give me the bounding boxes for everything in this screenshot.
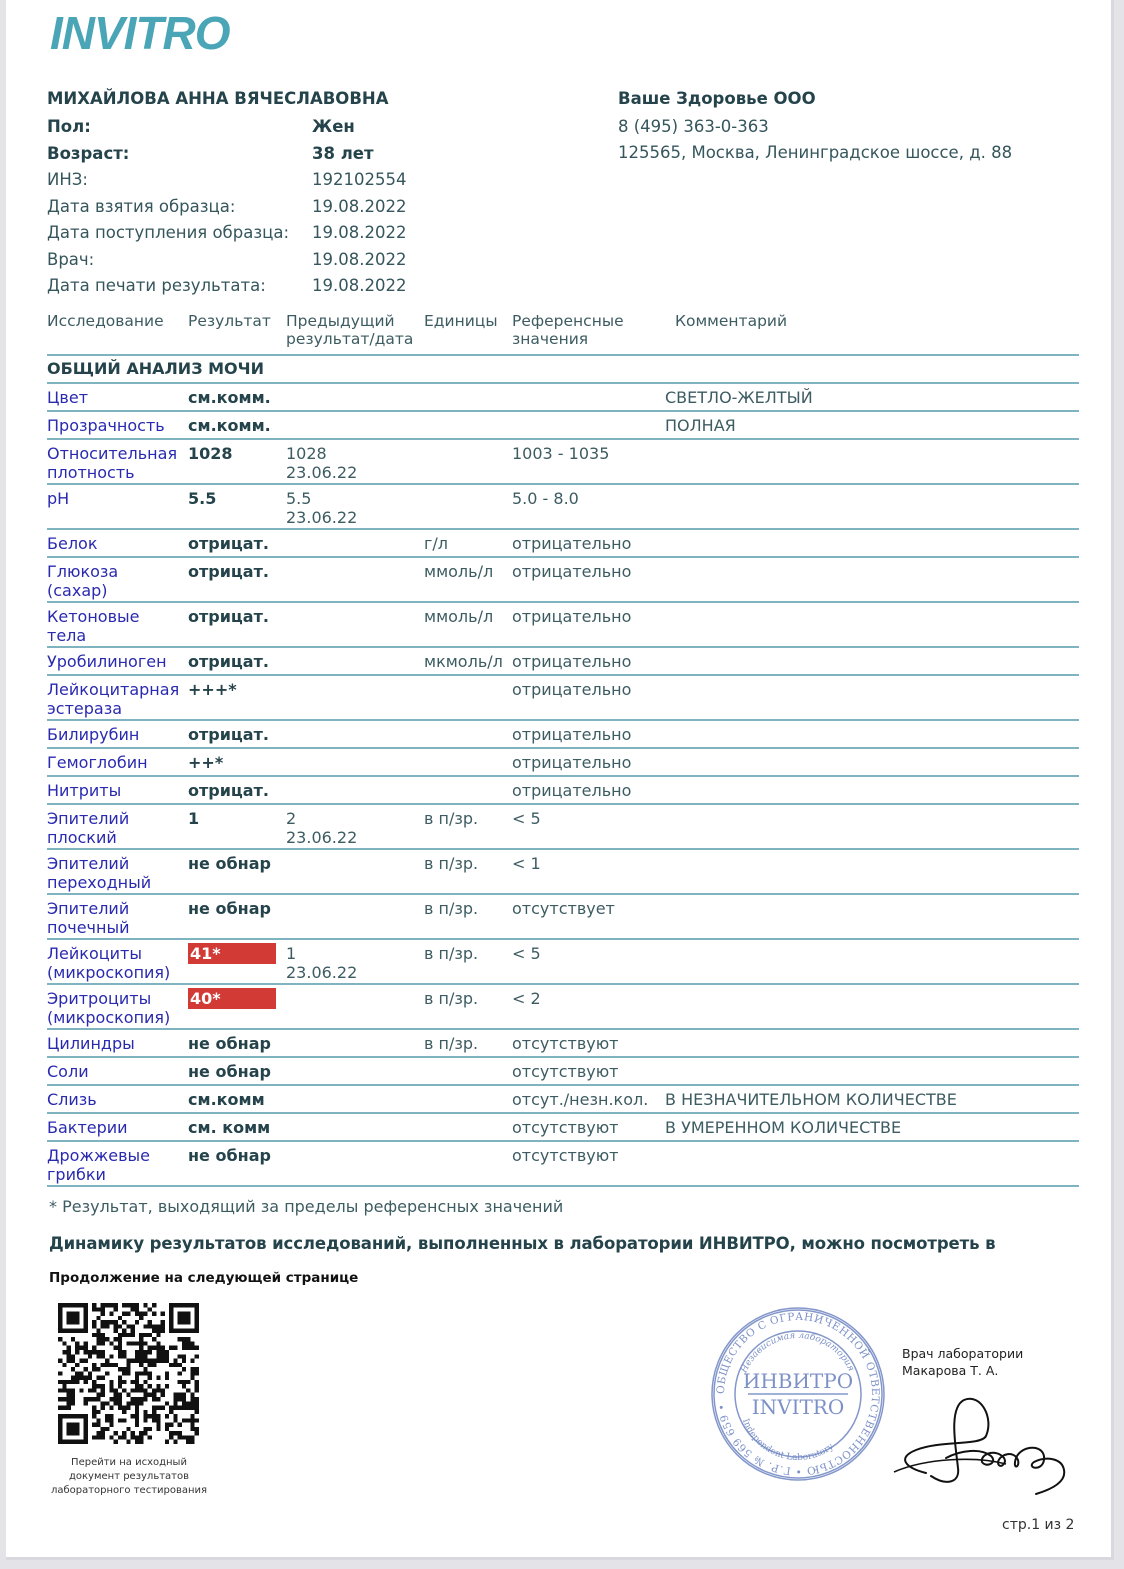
test-name: Соли bbox=[47, 1062, 188, 1084]
previous-result bbox=[286, 680, 424, 719]
comment bbox=[665, 781, 1079, 803]
units: в п/зр. bbox=[424, 854, 512, 893]
test-name: Белок bbox=[47, 534, 188, 556]
test-name: Эпителий переходный bbox=[47, 854, 188, 893]
result-cell: +++* bbox=[188, 680, 286, 719]
reference-range: отрицательно bbox=[512, 753, 665, 775]
table-row: Гемоглобин++*отрицательно bbox=[47, 749, 1079, 777]
previous-result: 1028 23.06.22 bbox=[286, 444, 424, 483]
previous-result: 2 23.06.22 bbox=[286, 809, 424, 848]
table-row: Прозрачностьсм.комм.ПОЛНАЯ bbox=[47, 412, 1079, 440]
result-value: 5.5 bbox=[188, 489, 216, 508]
comment bbox=[665, 989, 1079, 1028]
previous-result bbox=[286, 854, 424, 893]
test-name: Билирубин bbox=[47, 725, 188, 747]
dynamics-note: Динамику результатов исследований, выпол… bbox=[49, 1234, 995, 1253]
result-cell: см. комм bbox=[188, 1118, 286, 1140]
patient-field: Врач:19.08.2022 bbox=[47, 247, 406, 274]
previous-result bbox=[286, 725, 424, 747]
field-label: Дата поступления образца: bbox=[47, 220, 312, 247]
field-value: 19.08.2022 bbox=[312, 273, 406, 300]
units bbox=[424, 1090, 512, 1112]
reference-range: 1003 - 1035 bbox=[512, 444, 665, 483]
invitro-logo: INVITRO bbox=[50, 6, 230, 60]
previous-result bbox=[286, 1034, 424, 1056]
units bbox=[424, 725, 512, 747]
stamp-ru: ИНВИТРО bbox=[743, 1369, 853, 1393]
comment bbox=[665, 809, 1079, 848]
table-header: ИсследованиеРезультатПредыдущий результа… bbox=[47, 312, 1079, 356]
out-of-range-badge: 40* bbox=[188, 988, 276, 1009]
result-value: отрицат. bbox=[188, 725, 269, 744]
previous-result bbox=[286, 416, 424, 438]
result-value: не обнар bbox=[188, 1146, 271, 1165]
result-cell: 5.5 bbox=[188, 489, 286, 528]
column-header: Предыдущий результат/дата bbox=[286, 312, 424, 354]
comment bbox=[665, 1146, 1079, 1185]
stamp-en: INVITRO bbox=[752, 1395, 845, 1419]
table-row: Лейкоцитарная эстераза+++*отрицательно bbox=[47, 676, 1079, 721]
table-row: Цветсм.комм.СВЕТЛО-ЖЕЛТЫЙ bbox=[47, 384, 1079, 412]
field-label: Возраст: bbox=[47, 141, 312, 168]
reference-range: отрицательно bbox=[512, 725, 665, 747]
result-cell: 1028 bbox=[188, 444, 286, 483]
patient-fields: Пол:ЖенВозраст:38 летИНЗ:192102554Дата в… bbox=[47, 114, 406, 300]
reference-range: отрицательно bbox=[512, 534, 665, 556]
result-value: см.комм. bbox=[188, 388, 271, 407]
comment: В УМЕРЕННОМ КОЛИЧЕСТВЕ bbox=[665, 1118, 1079, 1140]
patient-field: Возраст:38 лет bbox=[47, 141, 406, 168]
result-cell: ++* bbox=[188, 753, 286, 775]
field-label: Дата взятия образца: bbox=[47, 194, 312, 221]
test-name: Слизь bbox=[47, 1090, 188, 1112]
reference-range: 5.0 - 8.0 bbox=[512, 489, 665, 528]
previous-result bbox=[286, 388, 424, 410]
result-value: отрицат. bbox=[188, 534, 269, 553]
footnote: * Результат, выходящий за пределы рефере… bbox=[49, 1197, 563, 1216]
result-value: не обнар bbox=[188, 1034, 271, 1053]
lab-name: Ваше Здоровье ООО bbox=[618, 88, 1012, 114]
units: мкмоль/л bbox=[424, 652, 512, 674]
result-cell: 1 bbox=[188, 809, 286, 848]
doctor-name: Макарова Т. А. bbox=[902, 1362, 1023, 1379]
field-value: 38 лет bbox=[312, 141, 374, 168]
comment: СВЕТЛО-ЖЕЛТЫЙ bbox=[665, 388, 1079, 410]
result-value: отрицат. bbox=[188, 562, 269, 581]
patient-field: Дата взятия образца:19.08.2022 bbox=[47, 194, 406, 221]
units bbox=[424, 416, 512, 438]
result-value: +++* bbox=[188, 680, 237, 699]
units bbox=[424, 1146, 512, 1185]
lab-report-page: INVITRO МИХАЙЛОВА АННА ВЯЧЕСЛАВОВНА Пол:… bbox=[6, 0, 1114, 1560]
units: в п/зр. bbox=[424, 944, 512, 983]
previous-result bbox=[286, 753, 424, 775]
units: в п/зр. bbox=[424, 809, 512, 848]
test-name: Относительная плотность bbox=[47, 444, 188, 483]
result-cell: не обнар bbox=[188, 854, 286, 893]
result-cell: см.комм bbox=[188, 1090, 286, 1112]
reference-range: отсут./незн.кол. bbox=[512, 1090, 665, 1112]
units: ммоль/л bbox=[424, 562, 512, 601]
field-value: Жен bbox=[312, 114, 355, 141]
patient-name: МИХАЙЛОВА АННА ВЯЧЕСЛАВОВНА bbox=[47, 88, 406, 114]
test-name: Лейкоциты (микроскопия) bbox=[47, 944, 188, 983]
continuation-note: Продолжение на следующей странице bbox=[49, 1270, 358, 1286]
previous-result: 5.5 23.06.22 bbox=[286, 489, 424, 528]
previous-result: 1 23.06.22 bbox=[286, 944, 424, 983]
result-value: см. комм bbox=[188, 1118, 270, 1137]
reference-range: отрицательно bbox=[512, 781, 665, 803]
reference-range: < 2 bbox=[512, 989, 665, 1028]
column-header: Референсные значения bbox=[512, 312, 665, 354]
test-name: Бактерии bbox=[47, 1118, 188, 1140]
patient-field: Дата печати результата:19.08.2022 bbox=[47, 273, 406, 300]
reference-range bbox=[512, 416, 665, 438]
units: в п/зр. bbox=[424, 1034, 512, 1056]
test-name: Лейкоцитарная эстераза bbox=[47, 680, 188, 719]
qr-code[interactable] bbox=[58, 1303, 199, 1444]
reference-range: отсутствует bbox=[512, 899, 665, 938]
units bbox=[424, 1118, 512, 1140]
result-cell: отрицат. bbox=[188, 725, 286, 747]
result-cell: отрицат. bbox=[188, 781, 286, 803]
result-value: 1 bbox=[188, 809, 199, 828]
field-value: 19.08.2022 bbox=[312, 247, 406, 274]
qr-caption: Перейти на исходный документ результатов… bbox=[44, 1456, 214, 1498]
test-name: Цилиндры bbox=[47, 1034, 188, 1056]
comment: В НЕЗНАЧИТЕЛЬНОМ КОЛИЧЕСТВЕ bbox=[665, 1090, 1079, 1112]
units: ммоль/л bbox=[424, 607, 512, 646]
comment bbox=[665, 854, 1079, 893]
result-value: отрицат. bbox=[188, 652, 269, 671]
column-header: Исследование bbox=[47, 312, 188, 354]
test-name: Кетоновые тела bbox=[47, 607, 188, 646]
out-of-range-badge: 41* bbox=[188, 943, 276, 964]
patient-info: МИХАЙЛОВА АННА ВЯЧЕСЛАВОВНА Пол:ЖенВозра… bbox=[47, 88, 406, 300]
previous-result bbox=[286, 989, 424, 1028]
test-name: Глюкоза (сахар) bbox=[47, 562, 188, 601]
lab-stamp-icon: ОБЩЕСТВО С ОГРАНИЧЕННОЙ ОТВЕТСТВЕННОСТЬЮ… bbox=[710, 1306, 886, 1482]
comment bbox=[665, 944, 1079, 983]
field-value: 192102554 bbox=[312, 167, 406, 194]
result-cell: отрицат. bbox=[188, 562, 286, 601]
page-number: стр.1 из 2 bbox=[1002, 1517, 1074, 1533]
table-row: Лейкоциты (микроскопия)41*1 23.06.22в п/… bbox=[47, 940, 1079, 985]
units bbox=[424, 444, 512, 483]
results-table: ИсследованиеРезультатПредыдущий результа… bbox=[47, 312, 1079, 1187]
result-value: см.комм bbox=[188, 1090, 265, 1109]
comment bbox=[665, 607, 1079, 646]
field-label: Врач: bbox=[47, 247, 312, 274]
table-row: Кетоновые телаотрицат.ммоль/лотрицательн… bbox=[47, 603, 1079, 648]
patient-field: Пол:Жен bbox=[47, 114, 406, 141]
reference-range: < 5 bbox=[512, 944, 665, 983]
reference-range: отрицательно bbox=[512, 562, 665, 601]
test-name: Нитриты bbox=[47, 781, 188, 803]
reference-range: отрицательно bbox=[512, 652, 665, 674]
result-cell: не обнар bbox=[188, 1146, 286, 1185]
table-row: Глюкоза (сахар)отрицат.ммоль/лотрицатель… bbox=[47, 558, 1079, 603]
comment bbox=[665, 489, 1079, 528]
lab-info: Ваше Здоровье ООО 8 (495) 363-0-363 1255… bbox=[618, 88, 1012, 166]
lab-phone: 8 (495) 363-0-363 bbox=[618, 114, 1012, 140]
column-header: Результат bbox=[188, 312, 286, 354]
result-cell: отрицат. bbox=[188, 607, 286, 646]
column-header: Единицы bbox=[424, 312, 512, 354]
reference-range: отсутствуют bbox=[512, 1118, 665, 1140]
comment bbox=[665, 444, 1079, 483]
comment bbox=[665, 534, 1079, 556]
field-label: Пол: bbox=[47, 114, 312, 141]
table-row: Уробилиногенотрицат.мкмоль/лотрицательно bbox=[47, 648, 1079, 676]
result-value: не обнар bbox=[188, 899, 271, 918]
test-name: Цвет bbox=[47, 388, 188, 410]
signature-icon bbox=[886, 1388, 1076, 1498]
comment bbox=[665, 1034, 1079, 1056]
comment bbox=[665, 899, 1079, 938]
comment bbox=[665, 652, 1079, 674]
patient-field: Дата поступления образца:19.08.2022 bbox=[47, 220, 406, 247]
units: в п/зр. bbox=[424, 989, 512, 1028]
reference-range: отсутствуют bbox=[512, 1062, 665, 1084]
field-value: 19.08.2022 bbox=[312, 220, 406, 247]
test-name: Гемоглобин bbox=[47, 753, 188, 775]
table-row: Белокотрицат.г/лотрицательно bbox=[47, 530, 1079, 558]
units: г/л bbox=[424, 534, 512, 556]
previous-result bbox=[286, 1118, 424, 1140]
table-row: Нитритыотрицат.отрицательно bbox=[47, 777, 1079, 805]
previous-result bbox=[286, 652, 424, 674]
result-value: отрицат. bbox=[188, 781, 269, 800]
result-cell: отрицат. bbox=[188, 652, 286, 674]
doctor-title: Врач лаборатории bbox=[902, 1345, 1023, 1362]
reference-range: отсутствуют bbox=[512, 1146, 665, 1185]
test-name: Прозрачность bbox=[47, 416, 188, 438]
result-value: отрицат. bbox=[188, 607, 269, 626]
comment bbox=[665, 1062, 1079, 1084]
table-row: Слизьсм.коммотсут./незн.кол.В НЕЗНАЧИТЕЛ… bbox=[47, 1086, 1079, 1114]
reference-range: отрицательно bbox=[512, 607, 665, 646]
previous-result bbox=[286, 607, 424, 646]
test-name: Эпителий почечный bbox=[47, 899, 188, 938]
result-value: 1028 bbox=[188, 444, 233, 463]
test-name: Эритроциты (микроскопия) bbox=[47, 989, 188, 1028]
result-cell: см.комм. bbox=[188, 416, 286, 438]
result-cell: не обнар bbox=[188, 1034, 286, 1056]
comment bbox=[665, 725, 1079, 747]
result-value: см.комм. bbox=[188, 416, 271, 435]
comment bbox=[665, 753, 1079, 775]
reference-range: отрицательно bbox=[512, 680, 665, 719]
table-row: Цилиндрыне обнарв п/зр.отсутствуют bbox=[47, 1030, 1079, 1058]
reference-range: < 5 bbox=[512, 809, 665, 848]
result-cell: см.комм. bbox=[188, 388, 286, 410]
test-name: Уробилиноген bbox=[47, 652, 188, 674]
reference-range: < 1 bbox=[512, 854, 665, 893]
lab-address: 125565, Москва, Ленинградское шоссе, д. … bbox=[618, 140, 1012, 166]
previous-result bbox=[286, 781, 424, 803]
comment bbox=[665, 680, 1079, 719]
previous-result bbox=[286, 1090, 424, 1112]
test-name: pH bbox=[47, 489, 188, 528]
units bbox=[424, 1062, 512, 1084]
units bbox=[424, 489, 512, 528]
previous-result bbox=[286, 562, 424, 601]
result-cell: отрицат. bbox=[188, 534, 286, 556]
patient-field: ИНЗ:192102554 bbox=[47, 167, 406, 194]
result-value: не обнар bbox=[188, 1062, 271, 1081]
result-value: ++* bbox=[188, 753, 223, 772]
units: в п/зр. bbox=[424, 899, 512, 938]
table-body: Цветсм.комм.СВЕТЛО-ЖЕЛТЫЙПрозрачностьсм.… bbox=[47, 384, 1079, 1187]
previous-result bbox=[286, 1062, 424, 1084]
result-cell: 41* bbox=[188, 944, 286, 983]
reference-range bbox=[512, 388, 665, 410]
table-row: Солине обнаротсутствуют bbox=[47, 1058, 1079, 1086]
lab-doctor: Врач лаборатории Макарова Т. А. bbox=[902, 1345, 1023, 1379]
units bbox=[424, 781, 512, 803]
table-row: Билирубинотрицат.отрицательно bbox=[47, 721, 1079, 749]
units bbox=[424, 680, 512, 719]
result-cell: не обнар bbox=[188, 899, 286, 938]
table-row: Эпителий переходныйне обнарв п/зр.< 1 bbox=[47, 850, 1079, 895]
test-name: Эпителий плоский bbox=[47, 809, 188, 848]
units bbox=[424, 388, 512, 410]
table-row: Бактериисм. коммотсутствуютВ УМЕРЕННОМ К… bbox=[47, 1114, 1079, 1142]
table-row: Относительная плотность10281028 23.06.22… bbox=[47, 440, 1079, 485]
previous-result bbox=[286, 534, 424, 556]
section-title: ОБЩИЙ АНАЛИЗ МОЧИ bbox=[47, 356, 1079, 384]
field-label: Дата печати результата: bbox=[47, 273, 312, 300]
comment: ПОЛНАЯ bbox=[665, 416, 1079, 438]
table-row: Эпителий плоский12 23.06.22в п/зр.< 5 bbox=[47, 805, 1079, 850]
field-label: ИНЗ: bbox=[47, 167, 312, 194]
test-name: Дрожжевые грибки bbox=[47, 1146, 188, 1185]
column-header: Комментарий bbox=[665, 312, 1079, 354]
table-row: Эритроциты (микроскопия)40*в п/зр.< 2 bbox=[47, 985, 1079, 1030]
result-cell: не обнар bbox=[188, 1062, 286, 1084]
previous-result bbox=[286, 899, 424, 938]
table-row: Дрожжевые грибкине обнаротсутствуют bbox=[47, 1142, 1079, 1187]
reference-range: отсутствуют bbox=[512, 1034, 665, 1056]
result-cell: 40* bbox=[188, 989, 286, 1028]
field-value: 19.08.2022 bbox=[312, 194, 406, 221]
comment bbox=[665, 562, 1079, 601]
result-value: не обнар bbox=[188, 854, 271, 873]
units bbox=[424, 753, 512, 775]
previous-result bbox=[286, 1146, 424, 1185]
table-row: Эпителий почечныйне обнарв п/зр.отсутств… bbox=[47, 895, 1079, 940]
table-row: pH5.55.5 23.06.225.0 - 8.0 bbox=[47, 485, 1079, 530]
